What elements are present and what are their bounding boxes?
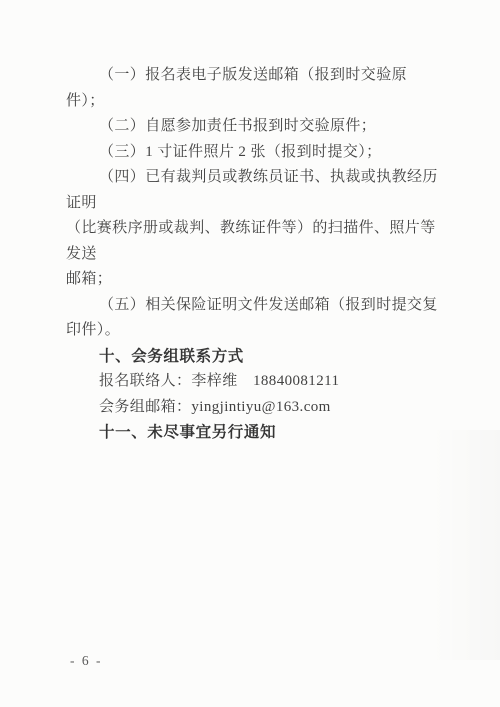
list-item-3: （三）1 寸证件照片 2 张（报到时提交）； (66, 140, 442, 166)
scan-shadow (430, 430, 500, 660)
list-item-4-line-2: （比赛秩序册或裁判、教练证件等）的扫描件、照片等发送 (66, 216, 442, 267)
page-number: - 6 - (70, 653, 103, 669)
list-item-1: （一）报名表电子版发送邮箱（报到时交验原件）； (66, 63, 442, 114)
section-11-heading: 十一、未尽事宜另行通知 (66, 420, 442, 446)
document-page: （一）报名表电子版发送邮箱（报到时交验原件）； （二）自愿参加责任书报到时交验原… (0, 0, 500, 707)
contact-email-line: 会务组邮箱：yingjintiyu@163.com (66, 395, 442, 421)
list-item-4-line-1: （四）已有裁判员或教练员证书、执裁或执教经历证明 (66, 165, 442, 216)
list-item-5: （五）相关保险证明文件发送邮箱（报到时提交复印件）。 (66, 293, 442, 344)
list-item-2: （二）自愿参加责任书报到时交验原件； (66, 114, 442, 140)
section-10-heading: 十、会务组联系方式 (66, 344, 442, 370)
document-body: （一）报名表电子版发送邮箱（报到时交验原件）； （二）自愿参加责任书报到时交验原… (66, 63, 442, 446)
list-item-4-line-3: 邮箱； (66, 267, 442, 293)
contact-person-line: 报名联络人：李梓维 18840081211 (66, 369, 442, 395)
